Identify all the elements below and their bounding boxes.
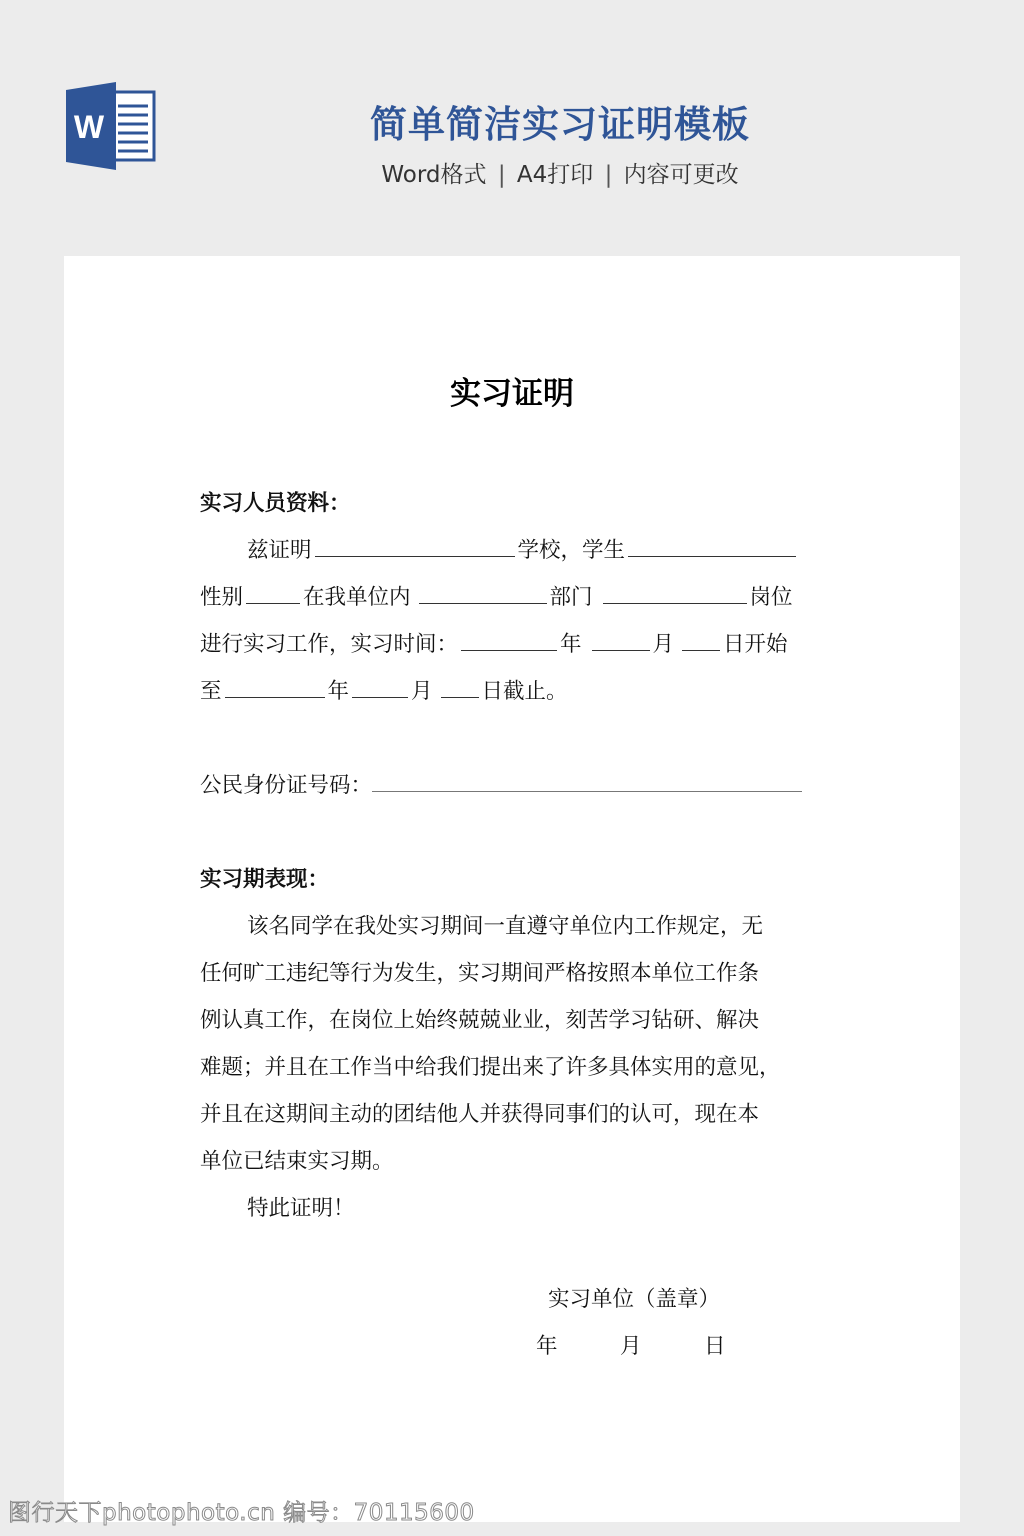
text: 至: [200, 679, 222, 704]
gender-blank[interactable]: [246, 581, 300, 604]
document-body: 实习人员资料： 兹证明学校，学生 性别在我单位内部门岗位 进行实习工作，实习时间…: [200, 480, 840, 1232]
info-line-2: 性别在我单位内部门岗位: [200, 574, 840, 621]
text: 部门: [550, 585, 593, 610]
start-month-blank[interactable]: [592, 628, 650, 651]
document-page: 实习证明 实习人员资料： 兹证明学校，学生 性别在我单位内部门岗位 进行实习工作…: [64, 256, 960, 1522]
text: 兹证明: [247, 538, 312, 563]
section-heading-personal-info: 实习人员资料：: [200, 480, 840, 527]
info-line-3: 进行实习工作，实习时间：年月日开始: [200, 621, 840, 668]
text: 日开始: [723, 632, 788, 657]
id-number-blank[interactable]: [372, 769, 802, 792]
end-month-blank[interactable]: [352, 675, 408, 698]
text: 岗位: [750, 585, 793, 610]
text: 年: [328, 679, 350, 704]
subtitle-format: Word格式: [381, 162, 486, 188]
text: 性别: [200, 585, 243, 610]
watermark: 图行天下photophoto.cn 编号：70115600: [8, 1494, 475, 1527]
text: 在我单位内: [303, 585, 411, 610]
paragraph-line: 任何旷工违纪等行为发生，实习期间严格按照本单位工作条: [200, 950, 840, 997]
signature-date: 年月日: [536, 1323, 788, 1370]
department-blank[interactable]: [419, 581, 547, 604]
separator: |: [494, 162, 510, 188]
school-blank[interactable]: [315, 534, 515, 557]
end-year-blank[interactable]: [225, 675, 325, 698]
paragraph-line: 该名同学在我处实习期间一直遵守单位内工作规定，无: [200, 903, 840, 950]
date-year: 年: [536, 1323, 620, 1370]
info-line-1: 兹证明学校，学生: [200, 527, 840, 574]
word-icon: W: [64, 82, 156, 170]
text: 年: [560, 632, 582, 657]
spacer: [200, 715, 840, 762]
paragraph-line: 并且在这期间主动的团结他人并获得同事们的认可，现在本: [200, 1091, 840, 1138]
paragraph-line: 例认真工作，在岗位上始终兢兢业业，刻苦学习钻研、解决: [200, 997, 840, 1044]
student-name-blank[interactable]: [628, 534, 796, 557]
section-heading-performance: 实习期表现：: [200, 856, 840, 903]
document-title: 实习证明: [64, 368, 960, 413]
subtitle-print: A4打印: [517, 162, 593, 188]
spacer: [200, 809, 840, 856]
position-blank[interactable]: [603, 581, 747, 604]
text: 日截止。: [482, 679, 568, 704]
closing-statement: 特此证明！: [200, 1185, 840, 1232]
text: 学校，学生: [518, 538, 626, 563]
date-month: 月: [620, 1323, 704, 1370]
date-day: 日: [704, 1323, 788, 1370]
separator: |: [601, 162, 617, 188]
template-title: 简单简洁实习证明模板: [300, 94, 820, 148]
end-day-blank[interactable]: [441, 675, 479, 698]
subtitle-editable: 内容可更改: [624, 162, 739, 188]
template-subtitle: Word格式 | A4打印 | 内容可更改: [300, 156, 820, 189]
start-day-blank[interactable]: [682, 628, 720, 651]
start-year-blank[interactable]: [461, 628, 557, 651]
signature-unit: 实习单位（盖章）: [548, 1276, 720, 1323]
info-line-4: 至年月日截止。: [200, 668, 840, 715]
paragraph-line: 单位已结束实习期。: [200, 1138, 840, 1185]
text: 进行实习工作，实习时间：: [200, 632, 458, 657]
id-number-label: 公民身份证号码：: [200, 773, 372, 798]
id-number-line: 公民身份证号码：: [200, 762, 840, 809]
text: 月: [411, 679, 433, 704]
svg-text:W: W: [74, 109, 105, 145]
paragraph-line: 难题；并且在工作当中给我们提出来了许多具体实用的意见，: [200, 1044, 840, 1091]
text: 月: [653, 632, 675, 657]
